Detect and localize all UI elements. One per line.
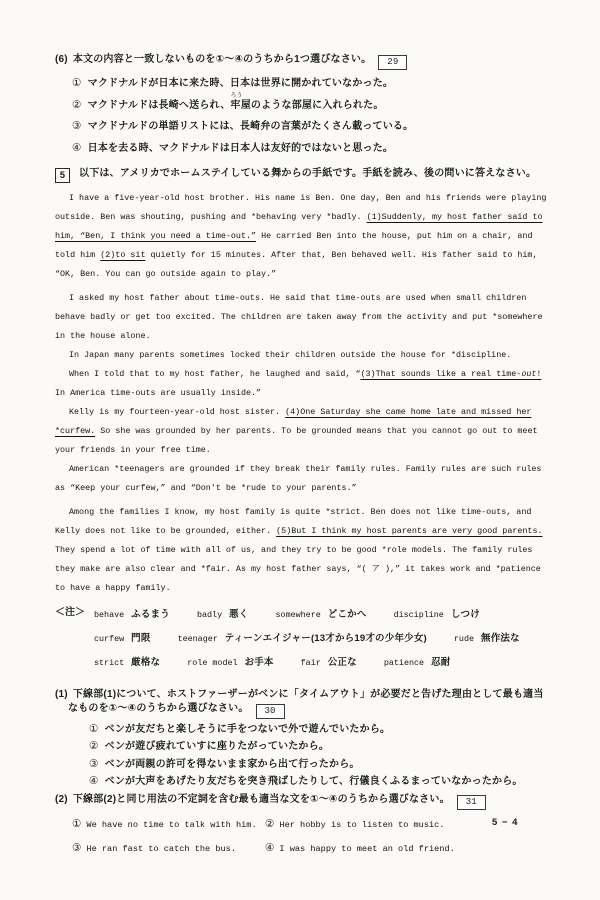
notes-rows: behaveふるまう badly悪く somewhereどこかへ discipl… xyxy=(94,606,552,678)
q2-option-2-text: Her hobby is to listen to music. xyxy=(279,820,444,830)
section-5-header: 5以下は、アメリカでホームステイしている舞からの手紙です。手紙を読み、後の問いに… xyxy=(55,164,552,183)
q1-option-3: ③ベンが両親の許可を得ないまま家から出て行ったから。 xyxy=(89,758,552,771)
q2-options-row-1: ①We have no time to talk with him. ②Her … xyxy=(72,816,552,832)
question-1-text: 下線部(1)について、ホストファーザーがベンに「タイムアウト」が必要だと告げた理… xyxy=(68,689,544,714)
q1-option-3-text: ベンが両親の許可を得ないまま家から出て行ったから。 xyxy=(105,759,360,770)
question-2-prompt: (2)下線部(2)と同じ用法の不定詞を含む最も適当な文を①～④のうちから選びなさ… xyxy=(55,793,552,810)
question-1: (1)下線部(1)について、ホストファーザーがベンに「タイムアウト」が必要だと告… xyxy=(55,688,552,789)
question-6-prompt: (6)本文の内容と一致しないものを①～④のうちから1つ選びなさい。29 xyxy=(55,52,552,70)
q1-option-1-text: ベンが友だちと楽しそうに手をつないで外で遊んでいたから。 xyxy=(105,724,391,735)
underline-3: (3)That sounds like a real time- xyxy=(361,369,522,379)
q2-option-2: ②Her hobby is to listen to music. xyxy=(265,816,458,832)
q1-option-4-text: ベンが大声をあげたり友だちを突き飛ばしたりして、行儀良くふるまっていなかったから… xyxy=(105,776,523,787)
q6-option-2-post: 屋のような部屋に入れられた。 xyxy=(241,100,384,111)
answer-box-31: 31 xyxy=(457,795,486,810)
note-entry: behaveふるまう xyxy=(94,606,170,622)
note-gloss: お手本 xyxy=(245,657,274,668)
note-gloss: しつけ xyxy=(451,609,480,620)
letter-paragraph-5: Kelly is my fourteen-year-old host siste… xyxy=(55,403,552,460)
letter-run: In Japan many parents sometimes locked t… xyxy=(69,350,511,360)
circled-2-icon: ② xyxy=(72,99,82,111)
letter-paragraph-6: American *teenagers are grounded if they… xyxy=(55,460,552,498)
letter-paragraph-3: In Japan many parents sometimes locked t… xyxy=(55,346,552,365)
question-1-prompt: (1)下線部(1)について、ホストファーザーがベンに「タイムアウト」が必要だと告… xyxy=(55,688,552,719)
furigana: ろう xyxy=(231,93,241,99)
note-word: fair xyxy=(301,658,321,668)
letter-run: They spend a lot of time with all of us,… xyxy=(55,545,541,593)
note-word: role model xyxy=(187,658,237,668)
question-2: (2)下線部(2)と同じ用法の不定詞を含む最も適当な文を①～④のうちから選びなさ… xyxy=(55,793,552,856)
q6-option-4-text: 日本を去る時、マクドナルドは日本人は友好的ではないと思った。 xyxy=(88,143,394,154)
note-entry: curfew門限 xyxy=(94,630,151,646)
question-1-number: (1) xyxy=(55,689,68,700)
question-1-options: ①ベンが友だちと楽しそうに手をつないで外で遊んでいたから。 ②ベンが遊び疲れてい… xyxy=(72,723,552,789)
circled-3-icon: ③ xyxy=(72,120,82,132)
letter-paragraph-7: Among the families I know, my host famil… xyxy=(55,503,552,598)
note-entry: somewhereどこかへ xyxy=(276,606,367,622)
note-gloss: ふるまう xyxy=(131,609,170,620)
section-5-intro: 以下は、アメリカでホームステイしている舞からの手紙です。手紙を読み、後の問いに答… xyxy=(79,168,536,179)
answer-box-30: 30 xyxy=(256,704,285,719)
q2-option-3: ③He ran fast to catch the bus. xyxy=(72,840,265,856)
section-5-number: 5 xyxy=(55,168,70,183)
letter-paragraph-4: When I told that to my host father, he l… xyxy=(55,365,552,403)
circled-3-icon: ③ xyxy=(72,842,81,854)
note-entry: badly悪く xyxy=(197,606,249,622)
underline-3-italic: out xyxy=(521,369,536,379)
circled-2-icon: ② xyxy=(265,818,274,830)
note-gloss: 悪く xyxy=(229,609,248,620)
q1-option-2: ②ベンが遊び疲れていすに座りたがっていたから。 xyxy=(89,740,552,753)
q6-option-3-text: マクドナルドの単語リストには、長崎弁の言葉がたくさん載っている。 xyxy=(88,121,414,132)
underline-5: (5)But I think my host parents are very … xyxy=(276,526,542,536)
note-gloss: 忍耐 xyxy=(431,657,450,668)
q1-option-4: ④ベンが大声をあげたり友だちを突き飛ばしたりして、行儀良くふるまっていなかったか… xyxy=(89,775,552,788)
circled-1-icon: ① xyxy=(72,77,82,89)
q2-option-3-text: He ran fast to catch the bus. xyxy=(86,844,236,854)
note-entry: role modelお手本 xyxy=(187,654,273,670)
note-entry: rude無作法な xyxy=(454,630,520,646)
note-word: curfew xyxy=(94,634,124,644)
note-word: teenager xyxy=(178,634,218,644)
ruby-word: ろう牢 xyxy=(231,100,241,111)
note-gloss: 無作法な xyxy=(481,633,520,644)
question-2-text: 下線部(2)と同じ用法の不定詞を含む最も適当な文を①～④のうちから選びなさい。 xyxy=(73,794,450,805)
q6-option-1-text: マクドナルドが日本に来た時、日本は世界に開かれていなかった。 xyxy=(88,78,394,89)
q2-options-row-2: ③He ran fast to catch the bus. ④I was ha… xyxy=(72,840,552,856)
note-entry: patience忍耐 xyxy=(384,654,451,670)
letter-paragraph-1: I have a five-year-old host brother. His… xyxy=(55,189,552,284)
q6-option-3: ③マクドナルドの単語リストには、長崎弁の言葉がたくさん載っている。 xyxy=(72,119,552,134)
letter-run: So she was grounded by her parents. To b… xyxy=(55,426,538,455)
q6-option-2: ②マクドナルドは長崎へ送られ、ろう牢屋のような部屋に入れられた。 xyxy=(72,98,552,113)
letter-run: Kelly is my fourteen-year-old host siste… xyxy=(69,407,285,417)
underline-3: ! xyxy=(536,369,541,379)
note-gloss: 公正な xyxy=(328,657,357,668)
note-word: behave xyxy=(94,610,124,620)
question-6-number: (6) xyxy=(55,54,68,65)
q6-option-1: ①マクドナルドが日本に来た時、日本は世界に開かれていなかった。 xyxy=(72,76,552,91)
q6-option-2-pre: マクドナルドは長崎へ送られ、 xyxy=(88,100,231,111)
question-6-options: ①マクドナルドが日本に来た時、日本は世界に開かれていなかった。 ②マクドナルドは… xyxy=(55,76,552,156)
note-gloss: 門限 xyxy=(131,633,150,644)
note-entry: teenagerティーンエイジャー(13才から19才の少年少女) xyxy=(178,630,427,646)
note-word: patience xyxy=(384,658,424,668)
underline-2: (2)to sit xyxy=(100,250,145,260)
circled-4-icon: ④ xyxy=(72,142,82,154)
letter-text: I have a five-year-old host brother. His… xyxy=(55,189,552,598)
note-gloss: 厳格な xyxy=(131,657,160,668)
circled-4-icon: ④ xyxy=(89,775,99,787)
letter-run: I asked my host father about time-outs. … xyxy=(55,293,543,341)
note-entry: disciplineしつけ xyxy=(394,606,480,622)
q2-option-4: ④I was happy to meet an old friend. xyxy=(265,840,458,856)
q2-option-1-text: We have no time to talk with him. xyxy=(86,820,256,830)
question-6-text: 本文の内容と一致しないものを①～④のうちから1つ選びなさい。 xyxy=(73,54,372,65)
exam-page: (6)本文の内容と一致しないものを①～④のうちから1つ選びなさい。29 ①マクド… xyxy=(0,0,600,900)
letter-run: When I told that to my host father, he l… xyxy=(69,369,361,379)
q2-option-1: ①We have no time to talk with him. xyxy=(72,816,265,832)
note-entry: strict厳格な xyxy=(94,654,160,670)
q6-option-4: ④日本を去る時、マクドナルドは日本人は友好的ではないと思った。 xyxy=(72,141,552,156)
circled-3-icon: ③ xyxy=(89,758,99,770)
circled-1-icon: ① xyxy=(72,818,81,830)
q6-option-2-text: マクドナルドは長崎へ送られ、ろう牢屋のような部屋に入れられた。 xyxy=(88,100,384,111)
page-number: 5 − 4 xyxy=(492,817,518,828)
letter-run: In America time-outs are usually inside.… xyxy=(55,388,261,398)
note-word: rude xyxy=(454,634,474,644)
note-word: badly xyxy=(197,610,222,620)
q1-option-1: ①ベンが友だちと楽しそうに手をつないで外で遊んでいたから。 xyxy=(89,723,552,736)
letter-run: American *teenagers are grounded if they… xyxy=(55,464,541,493)
note-word: somewhere xyxy=(276,610,321,620)
note-gloss: ティーンエイジャー(13才から19才の少年少女) xyxy=(225,633,427,644)
circled-1-icon: ① xyxy=(89,723,99,735)
question-2-number: (2) xyxy=(55,794,68,805)
circled-2-icon: ② xyxy=(89,740,99,752)
ruby-base: 牢 xyxy=(231,100,241,111)
answer-box-29: 29 xyxy=(378,55,407,70)
note-word: strict xyxy=(94,658,124,668)
circled-4-icon: ④ xyxy=(265,842,274,854)
vocabulary-notes: ＜注＞ behaveふるまう badly悪く somewhereどこかへ dis… xyxy=(55,606,552,678)
notes-row-2: curfew門限 teenagerティーンエイジャー(13才から19才の少年少女… xyxy=(94,630,552,646)
q1-option-2-text: ベンが遊び疲れていすに座りたがっていたから。 xyxy=(105,741,329,752)
question-2-options: ①We have no time to talk with him. ②Her … xyxy=(72,816,552,856)
note-entry: fair公正な xyxy=(301,654,357,670)
notes-row-1: behaveふるまう badly悪く somewhereどこかへ discipl… xyxy=(94,606,552,622)
note-word: discipline xyxy=(394,610,444,620)
notes-row-3: strict厳格な role modelお手本 fair公正な patience… xyxy=(94,654,552,670)
question-6: (6)本文の内容と一致しないものを①～④のうちから1つ選びなさい。29 ①マクド… xyxy=(55,52,552,156)
q2-option-4-text: I was happy to meet an old friend. xyxy=(279,844,454,854)
notes-label: ＜注＞ xyxy=(55,606,85,678)
letter-paragraph-2: I asked my host father about time-outs. … xyxy=(55,289,552,346)
note-gloss: どこかへ xyxy=(328,609,367,620)
